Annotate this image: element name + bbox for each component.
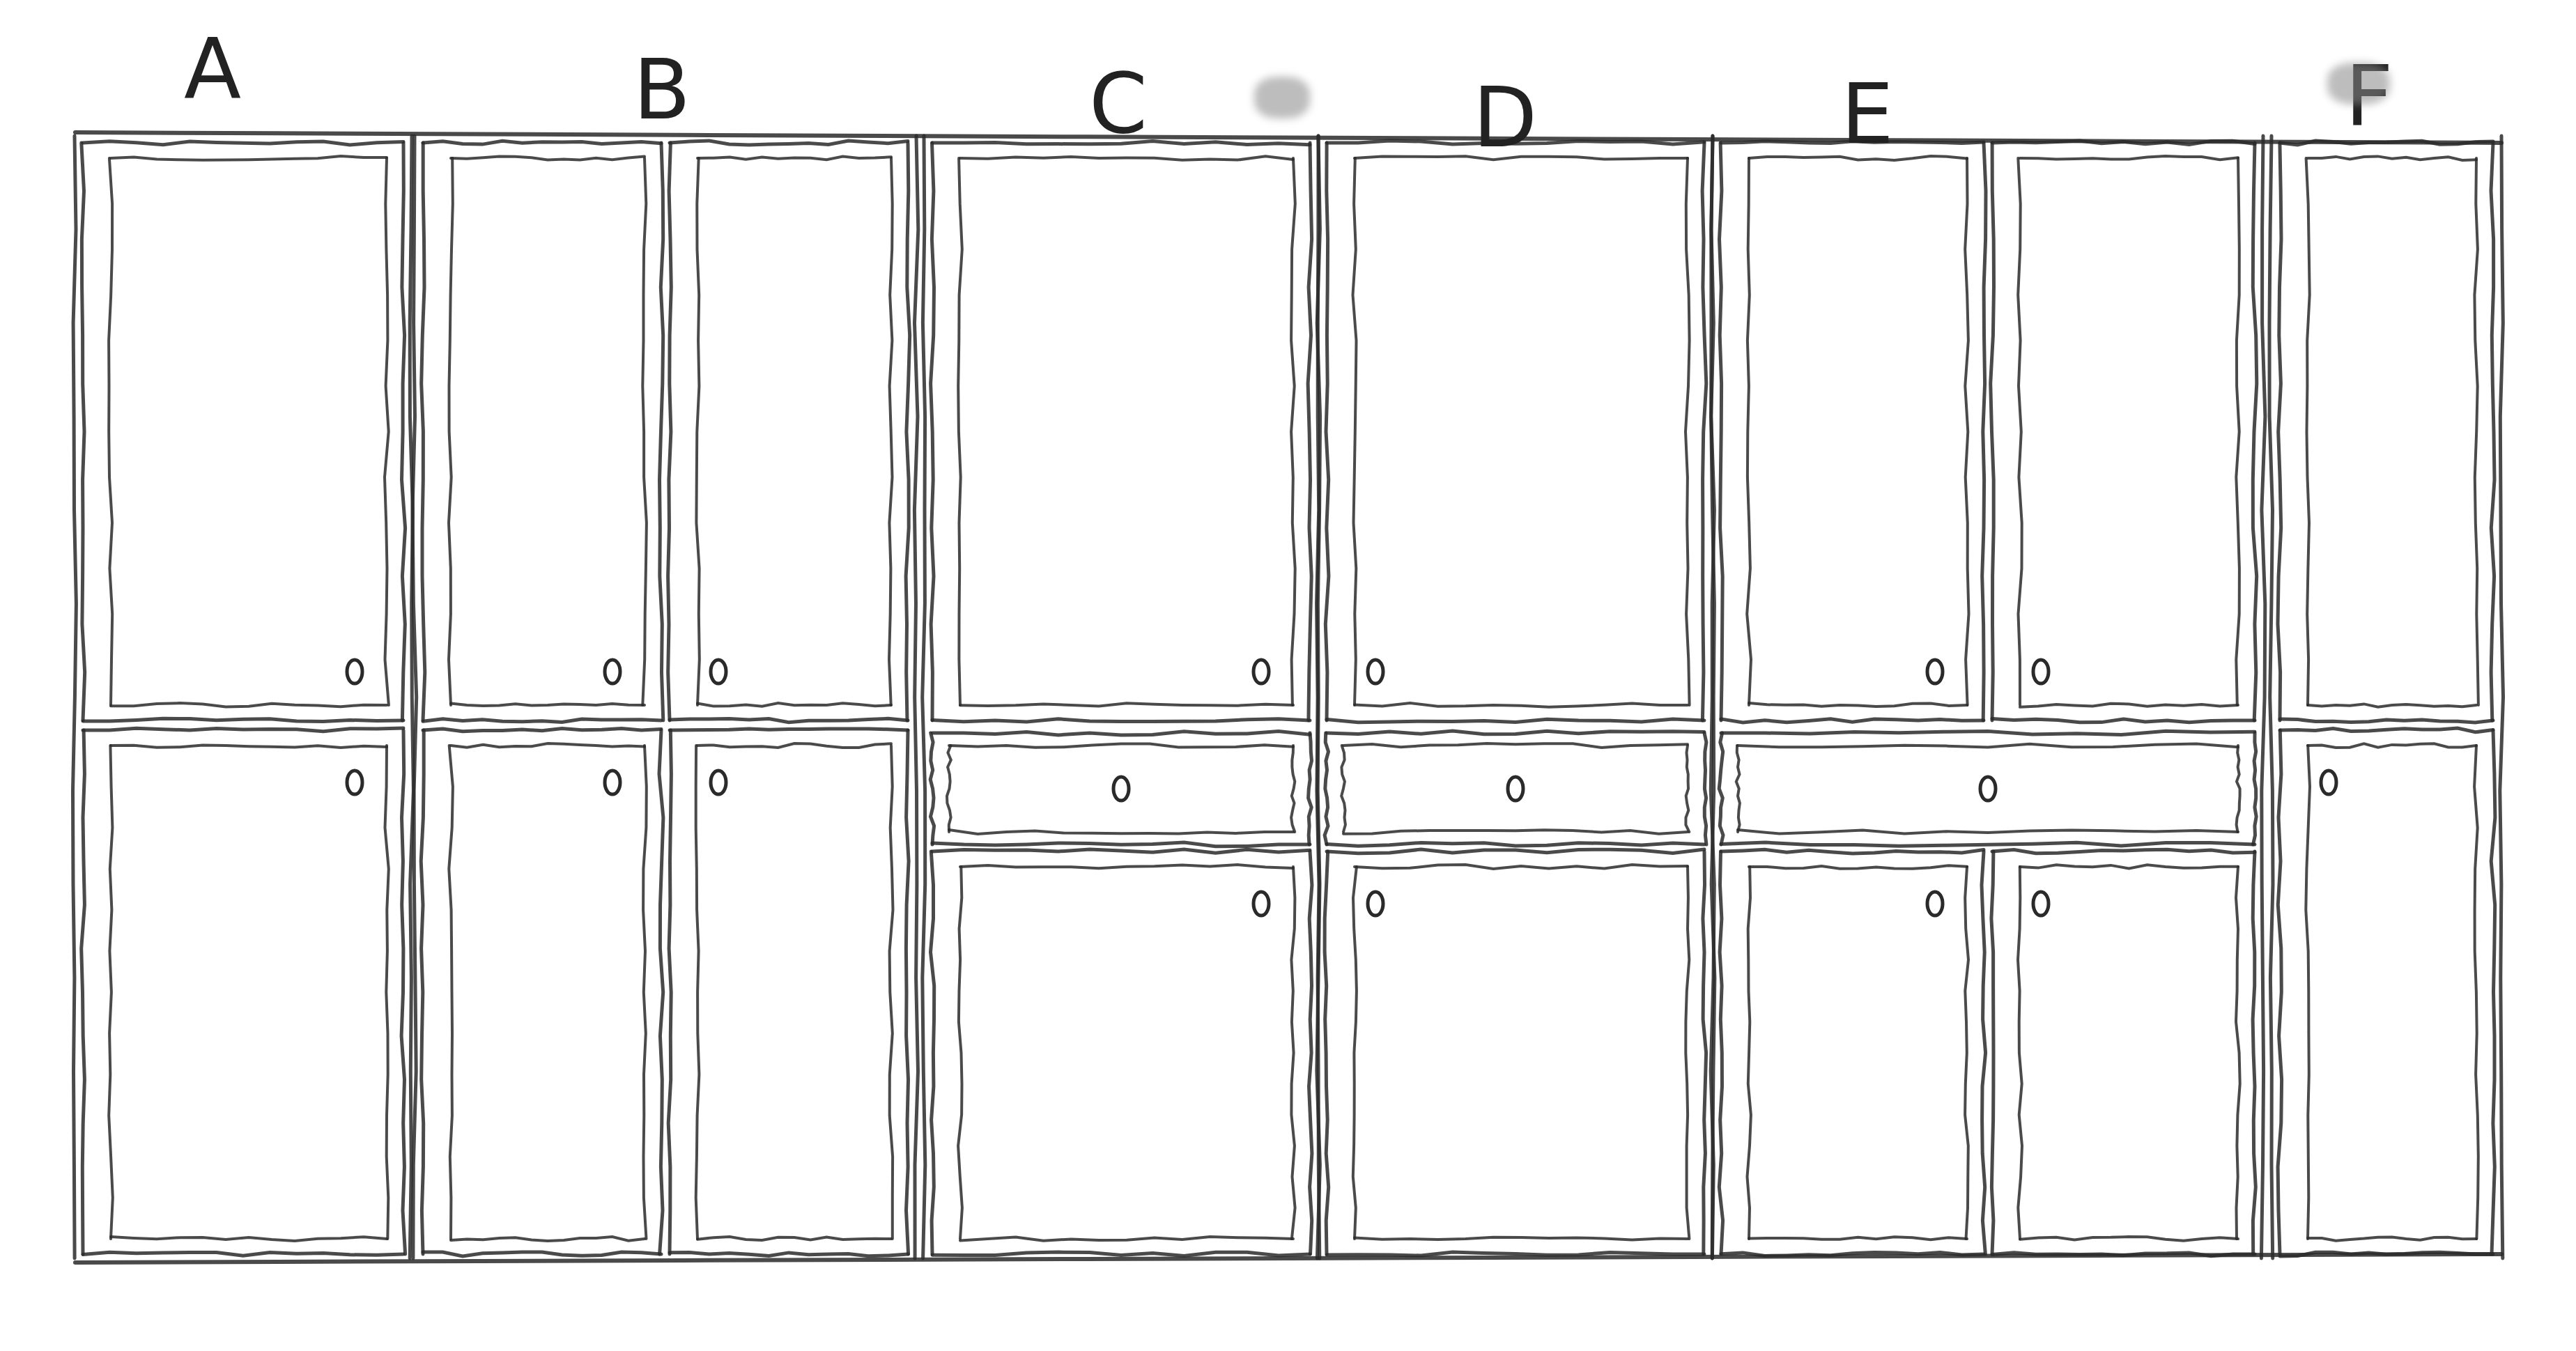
section-label-d: D xyxy=(1473,70,1537,167)
knob-icon xyxy=(1927,660,1943,684)
ink-smudge xyxy=(2327,63,2390,105)
knob-icon xyxy=(711,660,726,684)
ink-smudge xyxy=(1254,77,1310,118)
knob-icon xyxy=(1113,777,1129,801)
knob-icon xyxy=(711,771,726,794)
knob-icon xyxy=(605,660,620,684)
knob-icon xyxy=(2321,771,2336,794)
knob-icon xyxy=(1508,777,1523,801)
knob-icon xyxy=(347,771,362,794)
knob-icon xyxy=(1368,892,1383,916)
knob-icon xyxy=(1368,660,1383,684)
section-label-c: C xyxy=(1089,56,1148,153)
knob-icon xyxy=(2033,892,2049,916)
knob-icon xyxy=(347,660,362,684)
knob-icon xyxy=(1927,892,1943,916)
knob-icon xyxy=(605,771,620,794)
cabinet-sketch xyxy=(0,0,2576,1351)
section-label-a: A xyxy=(184,21,241,118)
section-label-b: B xyxy=(633,42,691,139)
knob-icon xyxy=(1254,660,1269,684)
section-label-e: E xyxy=(1841,66,1894,163)
knob-icon xyxy=(2033,660,2049,684)
knob-icon xyxy=(1980,777,1996,801)
knob-icon xyxy=(1254,892,1269,916)
